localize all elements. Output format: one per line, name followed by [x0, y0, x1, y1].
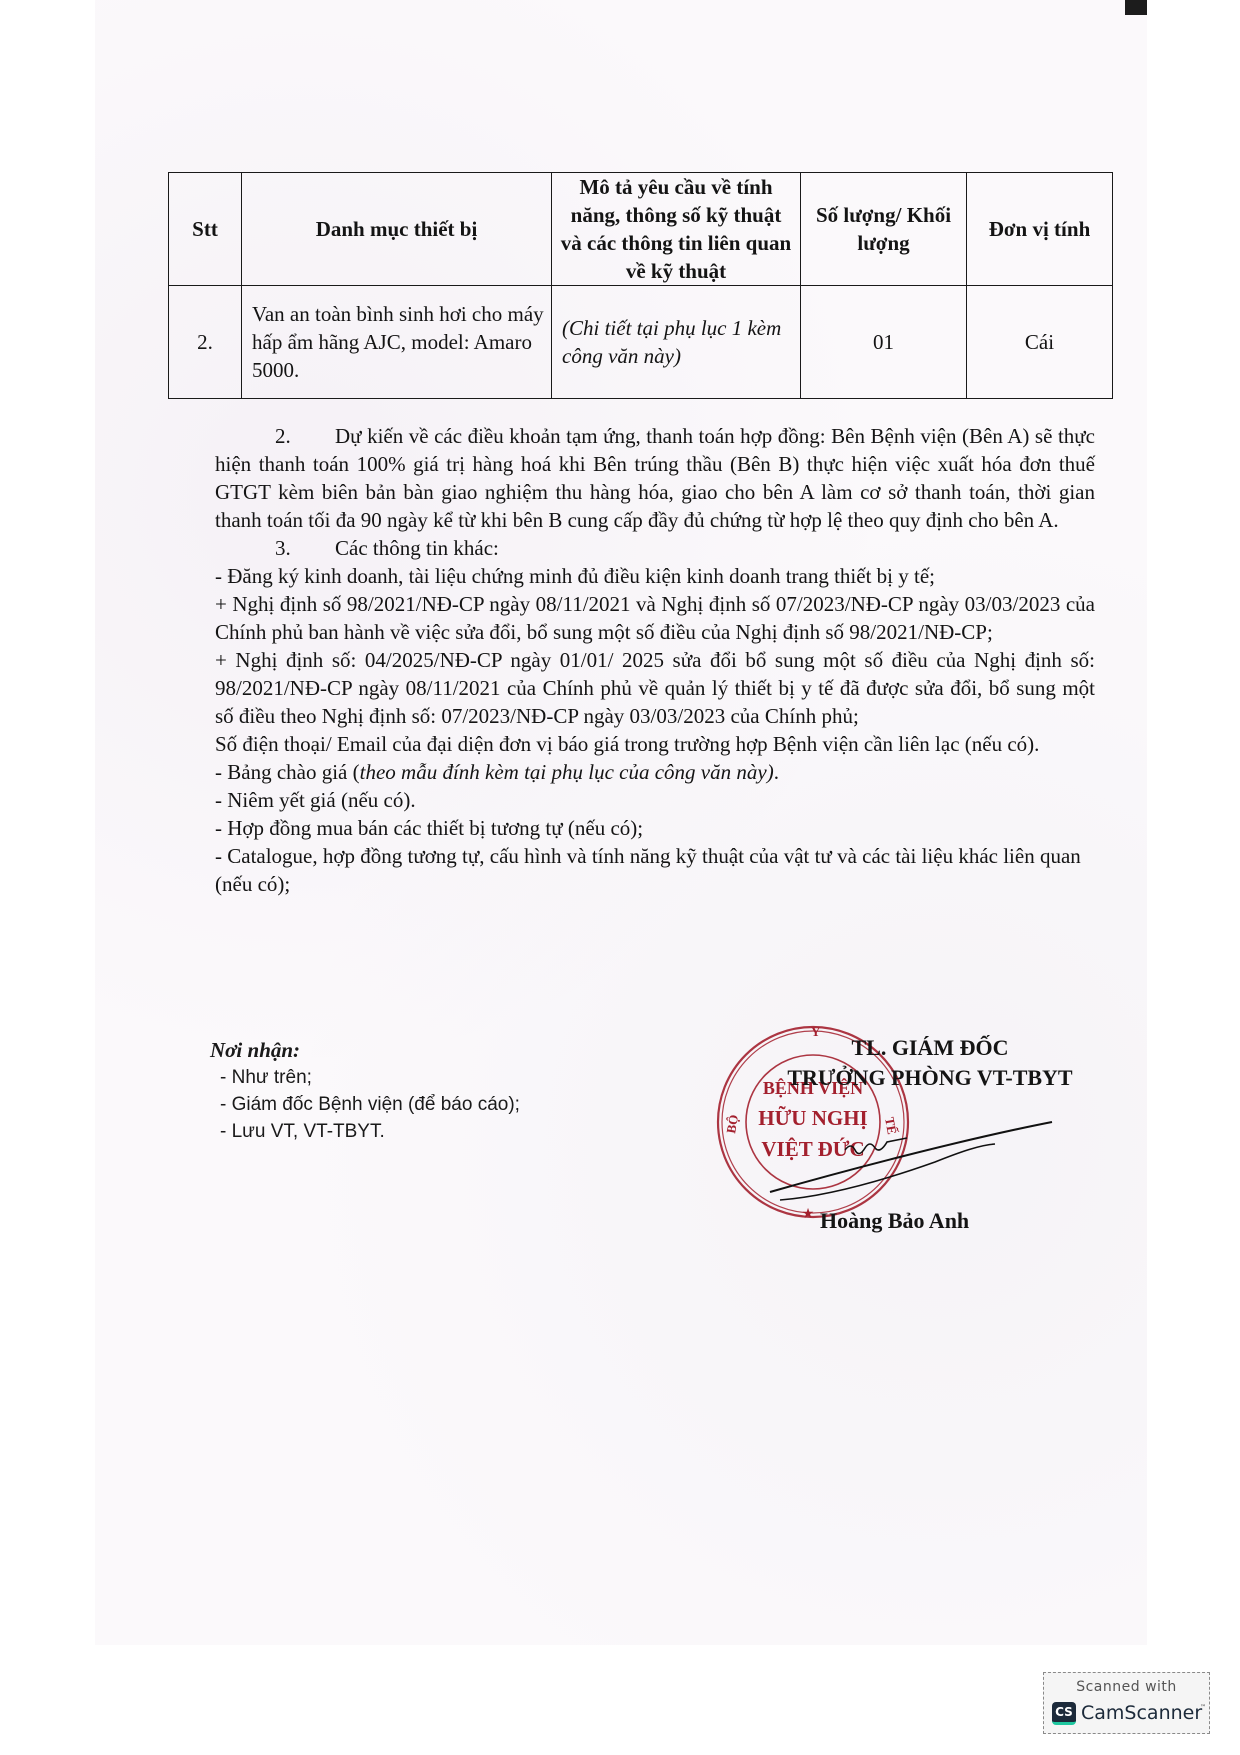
- header-unit: Đơn vị tính: [967, 173, 1113, 286]
- signature-block: TL. GIÁM ĐỐC TRƯỞNG PHÒNG VT-TBYT: [760, 1033, 1100, 1093]
- recipient-item: - Lưu VT, VT-TBYT.: [210, 1118, 520, 1145]
- quote-suffix: .: [774, 760, 779, 784]
- header-description: Mô tả yêu cầu về tính năng, thông số kỹ …: [552, 173, 801, 286]
- recipients-title: Nơi nhận:: [210, 1037, 520, 1064]
- scan-edge-shadow: [1125, 0, 1147, 15]
- equipment-table: Stt Danh mục thiết bị Mô tả yêu cầu về t…: [168, 172, 1113, 399]
- header-quantity: Số lượng/ Khối lượng: [801, 173, 967, 286]
- cell-item: Van an toàn bình sinh hơi cho máy hấp ẩm…: [242, 286, 552, 399]
- watermark-top-text: Scanned with: [1044, 1679, 1209, 1695]
- cell-quantity: 01: [801, 286, 967, 399]
- watermark-brand: CamScanner: [1081, 1702, 1202, 1724]
- list-item-quote: - Bảng chào giá (theo mẫu đính kèm tại p…: [215, 758, 1095, 786]
- section-3-title: Các thông tin khác:: [335, 536, 499, 560]
- header-stt: Stt: [169, 173, 242, 286]
- camscanner-logo-icon: CS: [1052, 1702, 1076, 1725]
- recipients-block: Nơi nhận: - Như trên; - Giám đốc Bệnh vi…: [210, 1037, 520, 1145]
- table-header-row: Stt Danh mục thiết bị Mô tả yêu cầu về t…: [169, 173, 1113, 286]
- camscanner-watermark: Scanned with CS CamScanner ™: [1043, 1672, 1210, 1734]
- list-item: - Catalogue, hợp đồng tương tự, cấu hình…: [215, 842, 1095, 898]
- quote-prefix: - Bảng chào giá (: [215, 760, 360, 784]
- signature-title-line1: TL. GIÁM ĐỐC: [760, 1033, 1100, 1063]
- signature-title-line2: TRƯỞNG PHÒNG VT-TBYT: [760, 1063, 1100, 1093]
- list-item: + Nghị định số: 04/2025/NĐ-CP ngày 01/01…: [215, 646, 1095, 730]
- recipient-item: - Như trên;: [210, 1064, 520, 1091]
- cell-unit: Cái: [967, 286, 1113, 399]
- trademark-symbol: ™: [1200, 1704, 1206, 1711]
- stamp-ring-left: BỘ: [723, 1113, 741, 1134]
- list-item: + Nghị định số 98/2021/NĐ-CP ngày 08/11/…: [215, 590, 1095, 646]
- recipient-item: - Giám đốc Bệnh viện (để báo cáo);: [210, 1091, 520, 1118]
- list-item: - Đăng ký kinh doanh, tài liệu chứng min…: [215, 562, 1095, 590]
- signer-name: Hoàng Bảo Anh: [820, 1208, 969, 1234]
- cell-stt: 2.: [169, 286, 242, 399]
- table-row: 2. Van an toàn bình sinh hơi cho máy hấp…: [169, 286, 1113, 399]
- section-2-number: 2.: [275, 422, 335, 450]
- body-text: 2.Dự kiến về các điều khoản tạm ứng, tha…: [215, 422, 1095, 898]
- handwritten-signature: [760, 1100, 1060, 1210]
- quote-italic: theo mẫu đính kèm tại phụ lục của công v…: [360, 760, 774, 784]
- cell-description: (Chi tiết tại phụ lục 1 kèm công văn này…: [552, 286, 801, 399]
- section-2: 2.Dự kiến về các điều khoản tạm ứng, tha…: [215, 422, 1095, 534]
- list-item: - Hợp đồng mua bán các thiết bị tương tự…: [215, 814, 1095, 842]
- list-item: Số điện thoại/ Email của đại diện đơn vị…: [215, 730, 1095, 758]
- header-item: Danh mục thiết bị: [242, 173, 552, 286]
- section-2-text: Dự kiến về các điều khoản tạm ứng, thanh…: [215, 424, 1095, 532]
- list-item: - Niêm yết giá (nếu có).: [215, 786, 1095, 814]
- section-3-heading: 3.Các thông tin khác:: [215, 534, 1095, 562]
- section-3-number: 3.: [275, 534, 335, 562]
